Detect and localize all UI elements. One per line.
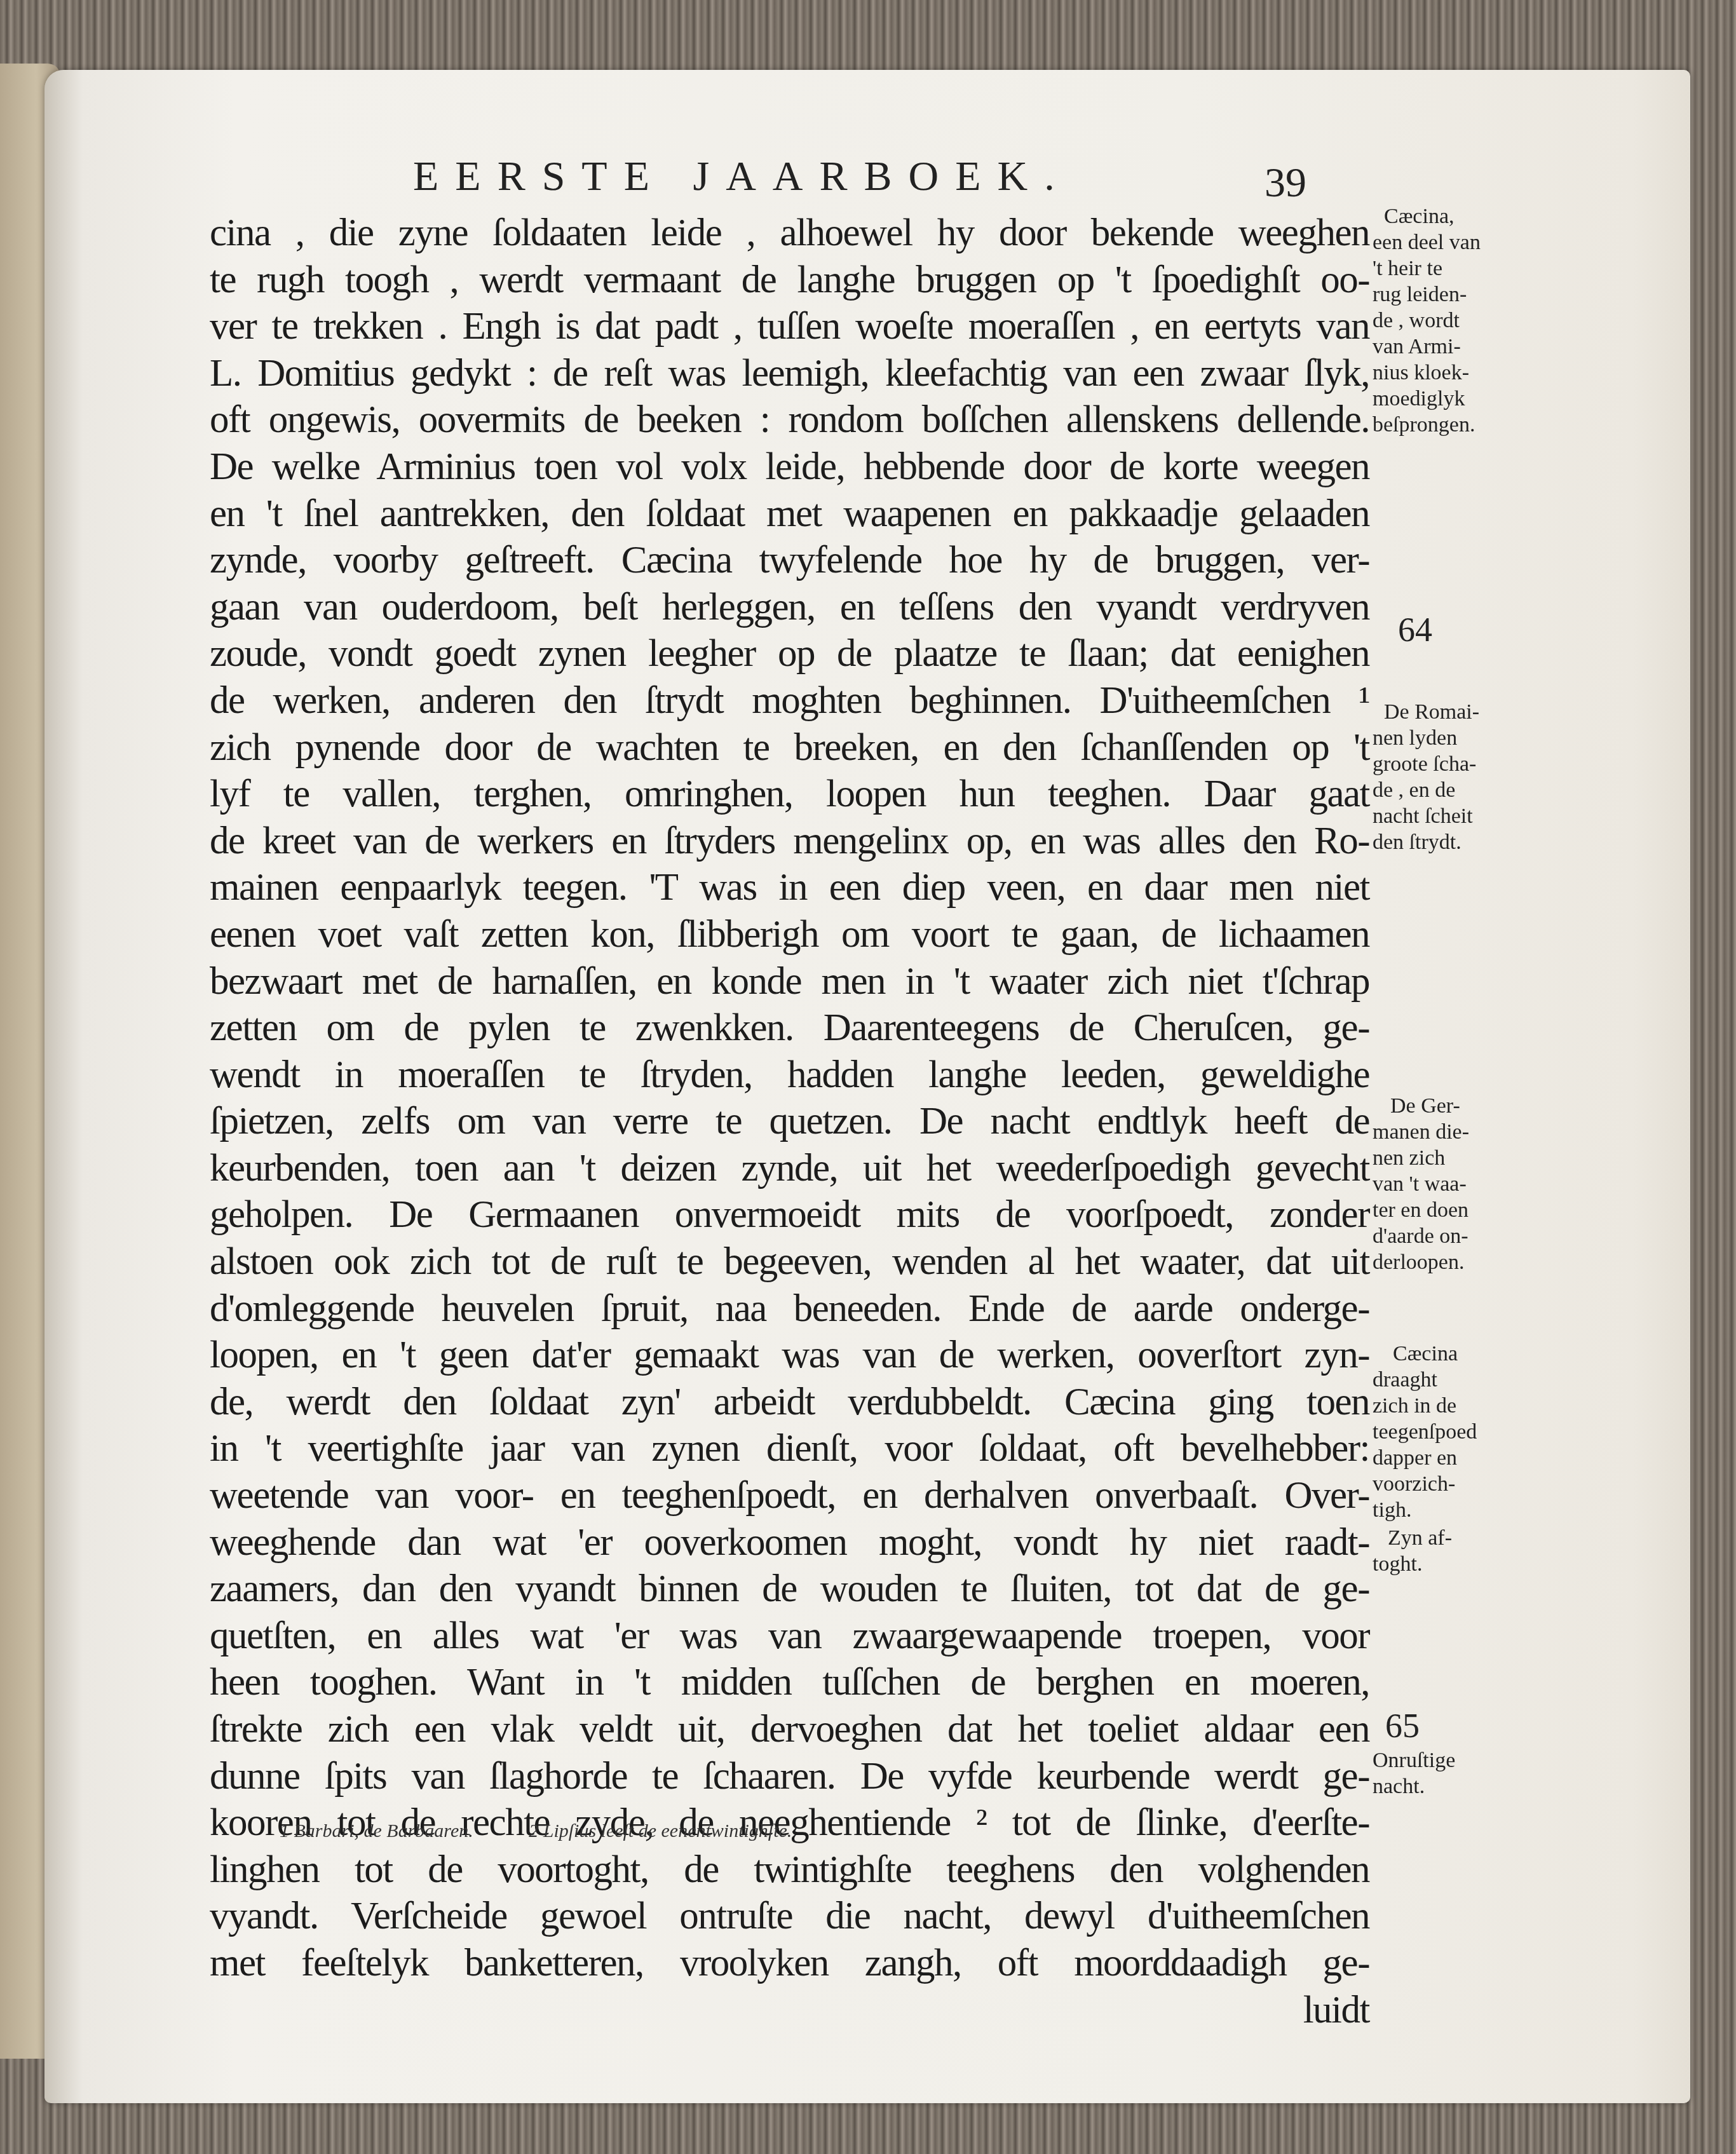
margin-note-caecina-attacked: Cæcina, een deel van 't heir te rug leid… xyxy=(1373,203,1481,438)
text-line: alstoen ook zich tot de ruſt te begeeven… xyxy=(210,1238,1369,1285)
catchword: luidt xyxy=(210,1987,1369,2034)
text-line: zynde, voorby geſtreeft. Cæcina twyfelen… xyxy=(210,537,1369,584)
text-line: te rugh toogh , werdt vermaant de langhe… xyxy=(210,257,1369,304)
text-line: zich pynende door de wachten te breeken,… xyxy=(210,724,1369,771)
text-line: zaamers, dan den vyandt binnen de wouden… xyxy=(210,1566,1369,1613)
margin-note-line: d'aarde on- xyxy=(1373,1223,1481,1249)
text-line: met feeſtelyk banketteren, vroolyken zan… xyxy=(210,1940,1369,1987)
text-line: lyf te vallen, terghen, omringhen, loope… xyxy=(210,771,1369,818)
margin-note-restless-night: Onruſtige nacht. xyxy=(1373,1747,1481,1799)
margin-note-line: Onruſtige xyxy=(1373,1747,1481,1773)
margin-note-line: den ſtrydt. xyxy=(1373,829,1481,855)
margin-note-line: beſprongen. xyxy=(1373,412,1481,438)
footnote-1: 1 Barbari, de Barbaaren. xyxy=(280,1820,473,1841)
margin-note-line: manen die- xyxy=(1373,1119,1481,1145)
text-line: quetſten, en alles wat 'er was van zwaar… xyxy=(210,1613,1369,1660)
margin-note-line: een deel van xyxy=(1373,229,1481,255)
margin-note-line: 't heir te xyxy=(1373,255,1481,281)
text-line: ver te trekken . Engh is dat padt , tuſſ… xyxy=(210,303,1369,350)
text-line: en 't ſnel aantrekken, den ſoldaat met w… xyxy=(210,491,1369,538)
text-line: heen tooghen. Want in 't midden tuſſchen… xyxy=(210,1659,1369,1706)
margin-note-line: nacht. xyxy=(1373,1773,1481,1799)
margin-note-line: toght. xyxy=(1373,1551,1481,1577)
text-line: cina , die zyne ſoldaaten leide , alhoew… xyxy=(210,210,1369,257)
margin-note-line: teegenſpoed xyxy=(1373,1419,1481,1445)
margin-note-line: Cæcina xyxy=(1373,1341,1481,1367)
margin-note-line: de , en de xyxy=(1373,777,1481,803)
text-line: de kreet van de werkers en ſtryders meng… xyxy=(210,818,1369,865)
text-line: gaan van ouderdoom, beſt herleggen, en t… xyxy=(210,584,1369,631)
text-line: L. Domitius gedykt : de reſt was leemigh… xyxy=(210,350,1369,397)
text-line: zetten om de pylen te zwenkken. Daarente… xyxy=(210,1005,1369,1052)
margin-note-line: van 't waa- xyxy=(1373,1171,1481,1197)
text-line: loopen, en 't geen dat'er gemaakt was va… xyxy=(210,1332,1369,1379)
text-line: oft ongewis, oovermits de beeken : rondo… xyxy=(210,396,1369,444)
text-line: ſpietzen, zelfs om van verre te quetzen.… xyxy=(210,1098,1369,1145)
text-line: vyandt. Verſcheide gewoel ontruſte die n… xyxy=(210,1893,1369,1940)
margin-note-line: rug leiden- xyxy=(1373,281,1481,308)
margin-note-line: voorzich- xyxy=(1373,1471,1481,1497)
margin-note-line: nen lyden xyxy=(1373,725,1481,751)
text-line: weeghende dan wat 'er ooverkoomen moght,… xyxy=(210,1519,1369,1566)
text-line: d'omleggende heuvelen ſpruit, naa beneed… xyxy=(210,1285,1369,1332)
text-line: de werken, anderen den ſtrydt moghten be… xyxy=(210,677,1369,724)
text-line: wendt in moeraſſen te ſtryden, hadden la… xyxy=(210,1052,1369,1099)
text-line: zoude, vondt goedt zynen leegher op de p… xyxy=(210,630,1369,677)
text-line: weetende van voor- en teeghenſpoedt, en … xyxy=(210,1472,1369,1519)
text-line: De welke Arminius toen vol volx leide, h… xyxy=(210,444,1369,491)
margin-note-line: de , wordt xyxy=(1373,308,1481,334)
footnote-2: 2 Lipſius leeſt de eenentwintighſte. xyxy=(529,1820,792,1841)
text-line: keurbenden, toen aan 't deizen zynde, ui… xyxy=(210,1145,1369,1192)
section-number-65: 65 xyxy=(1385,1706,1420,1745)
margin-note-caecina-brave: Cæcina draaght zich in de teegenſpoed da… xyxy=(1373,1341,1481,1523)
margin-note-line: zich in de xyxy=(1373,1393,1481,1419)
margin-note-line: nen zich xyxy=(1373,1145,1481,1171)
section-number-64: 64 xyxy=(1398,610,1432,649)
margin-note-line: tigh. xyxy=(1373,1497,1481,1523)
margin-note-line: dapper en xyxy=(1373,1445,1481,1471)
text-line: eenen voet vaſt zetten kon, ſlibberigh o… xyxy=(210,911,1369,958)
margin-note-line: groote ſcha- xyxy=(1373,751,1481,777)
text-line: dunne ſpits van ſlaghorde te ſchaaren. D… xyxy=(210,1753,1369,1800)
book-page: EERSTE JAARBOEK. 39 cina , die zyne ſold… xyxy=(44,70,1690,2103)
margin-note-line: nacht ſcheit xyxy=(1373,803,1481,829)
text-line: mainen eenpaarlyk teegen. 'T was in een … xyxy=(210,864,1369,911)
margin-note-line: moediglyk xyxy=(1373,386,1481,412)
margin-note-line: Cæcina, xyxy=(1373,203,1481,229)
margin-note-line: van Armi- xyxy=(1373,334,1481,360)
margin-note-germans-water: De Ger- manen die- nen zich van 't waa- … xyxy=(1373,1093,1481,1275)
body-text: cina , die zyne ſoldaaten leide , alhoew… xyxy=(210,210,1369,2033)
text-line: de, werdt den ſoldaat zyn' arbeidt verdu… xyxy=(210,1379,1369,1426)
text-line: in 't veertighſte jaar van zynen dienſt,… xyxy=(210,1425,1369,1472)
running-head: EERSTE JAARBOEK. xyxy=(413,152,1366,201)
margin-note-line: nius kloek- xyxy=(1373,360,1481,386)
margin-note-line: derloopen. xyxy=(1373,1249,1481,1275)
margin-note-line: draaght xyxy=(1373,1367,1481,1393)
footnotes: 1 Barbari, de Barbaaren. 2 Lipſius leeſt… xyxy=(280,1820,843,1842)
margin-note-line: De Romai- xyxy=(1373,699,1481,725)
margin-note-line: Zyn af- xyxy=(1373,1525,1481,1551)
text-line: ſtrekte zich een vlak veldt uit, dervoeg… xyxy=(210,1706,1369,1753)
text-line: bezwaart met de harnaſſen, en konde men … xyxy=(210,958,1369,1005)
margin-note-line: De Ger- xyxy=(1373,1093,1481,1119)
page-number: 39 xyxy=(1265,159,1306,207)
text-line: geholpen. De Germaanen onvermoeidt mits … xyxy=(210,1191,1369,1238)
margin-note-romans-suffer: De Romai- nen lyden groote ſcha- de , en… xyxy=(1373,699,1481,855)
margin-note-retreat: Zyn af- toght. xyxy=(1373,1525,1481,1577)
margin-note-line: ter en doen xyxy=(1373,1197,1481,1223)
text-line: linghen tot de voortoght, de twintighſte… xyxy=(210,1846,1369,1893)
